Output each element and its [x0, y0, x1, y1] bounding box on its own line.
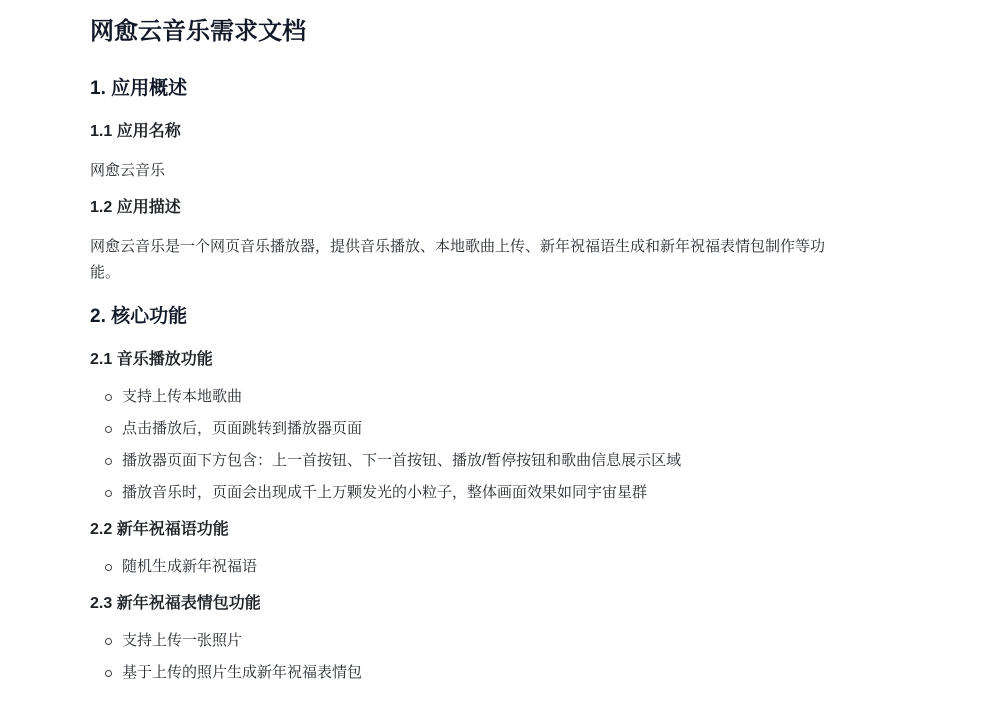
- list-item: 播放音乐时，页面会出现成千上万颗发光的小粒子，整体画面效果如同宇宙星群: [90, 477, 681, 509]
- subsection-heading-sticker: 2.3 新年祝福表情包功能: [90, 593, 261, 615]
- app-description-paragraph-line1: 网愈云音乐是一个网页音乐播放器，提供音乐播放、本地歌曲上传、新年祝福语生成和新年…: [90, 234, 825, 259]
- greetings-list: 随机生成新年祝福语: [90, 551, 257, 583]
- circle-bullet-icon: [105, 670, 112, 677]
- subsection-heading-app-name: 1.1 应用名称: [90, 121, 181, 143]
- section-heading-overview: 1. 应用概述: [90, 77, 187, 101]
- app-name-paragraph: 网愈云音乐: [90, 158, 165, 183]
- app-description-paragraph-line2: 能。: [90, 260, 120, 285]
- circle-bullet-icon: [105, 564, 112, 571]
- circle-bullet-icon: [105, 426, 112, 433]
- list-item: 支持上传一张照片: [90, 625, 362, 657]
- list-item: 基于上传的照片生成新年祝福表情包: [90, 657, 362, 689]
- sticker-list: 支持上传一张照片 基于上传的照片生成新年祝福表情包: [90, 625, 362, 689]
- section-heading-core-features: 2. 核心功能: [90, 305, 187, 329]
- circle-bullet-icon: [105, 490, 112, 497]
- circle-bullet-icon: [105, 458, 112, 465]
- list-item: 播放器页面下方包含：上一首按钮、下一首按钮、播放/暂停按钮和歌曲信息展示区域: [90, 445, 681, 477]
- subsection-heading-app-description: 1.2 应用描述: [90, 197, 181, 219]
- music-playback-list: 支持上传本地歌曲 点击播放后，页面跳转到播放器页面 播放器页面下方包含：上一首按…: [90, 381, 681, 509]
- circle-bullet-icon: [105, 638, 112, 645]
- subsection-heading-greetings: 2.2 新年祝福语功能: [90, 519, 229, 541]
- subsection-heading-music-playback: 2.1 音乐播放功能: [90, 349, 213, 371]
- list-item: 点击播放后，页面跳转到播放器页面: [90, 413, 681, 445]
- list-item: 支持上传本地歌曲: [90, 381, 681, 413]
- circle-bullet-icon: [105, 394, 112, 401]
- document-title: 网愈云音乐需求文档: [90, 17, 306, 47]
- list-item: 随机生成新年祝福语: [90, 551, 257, 583]
